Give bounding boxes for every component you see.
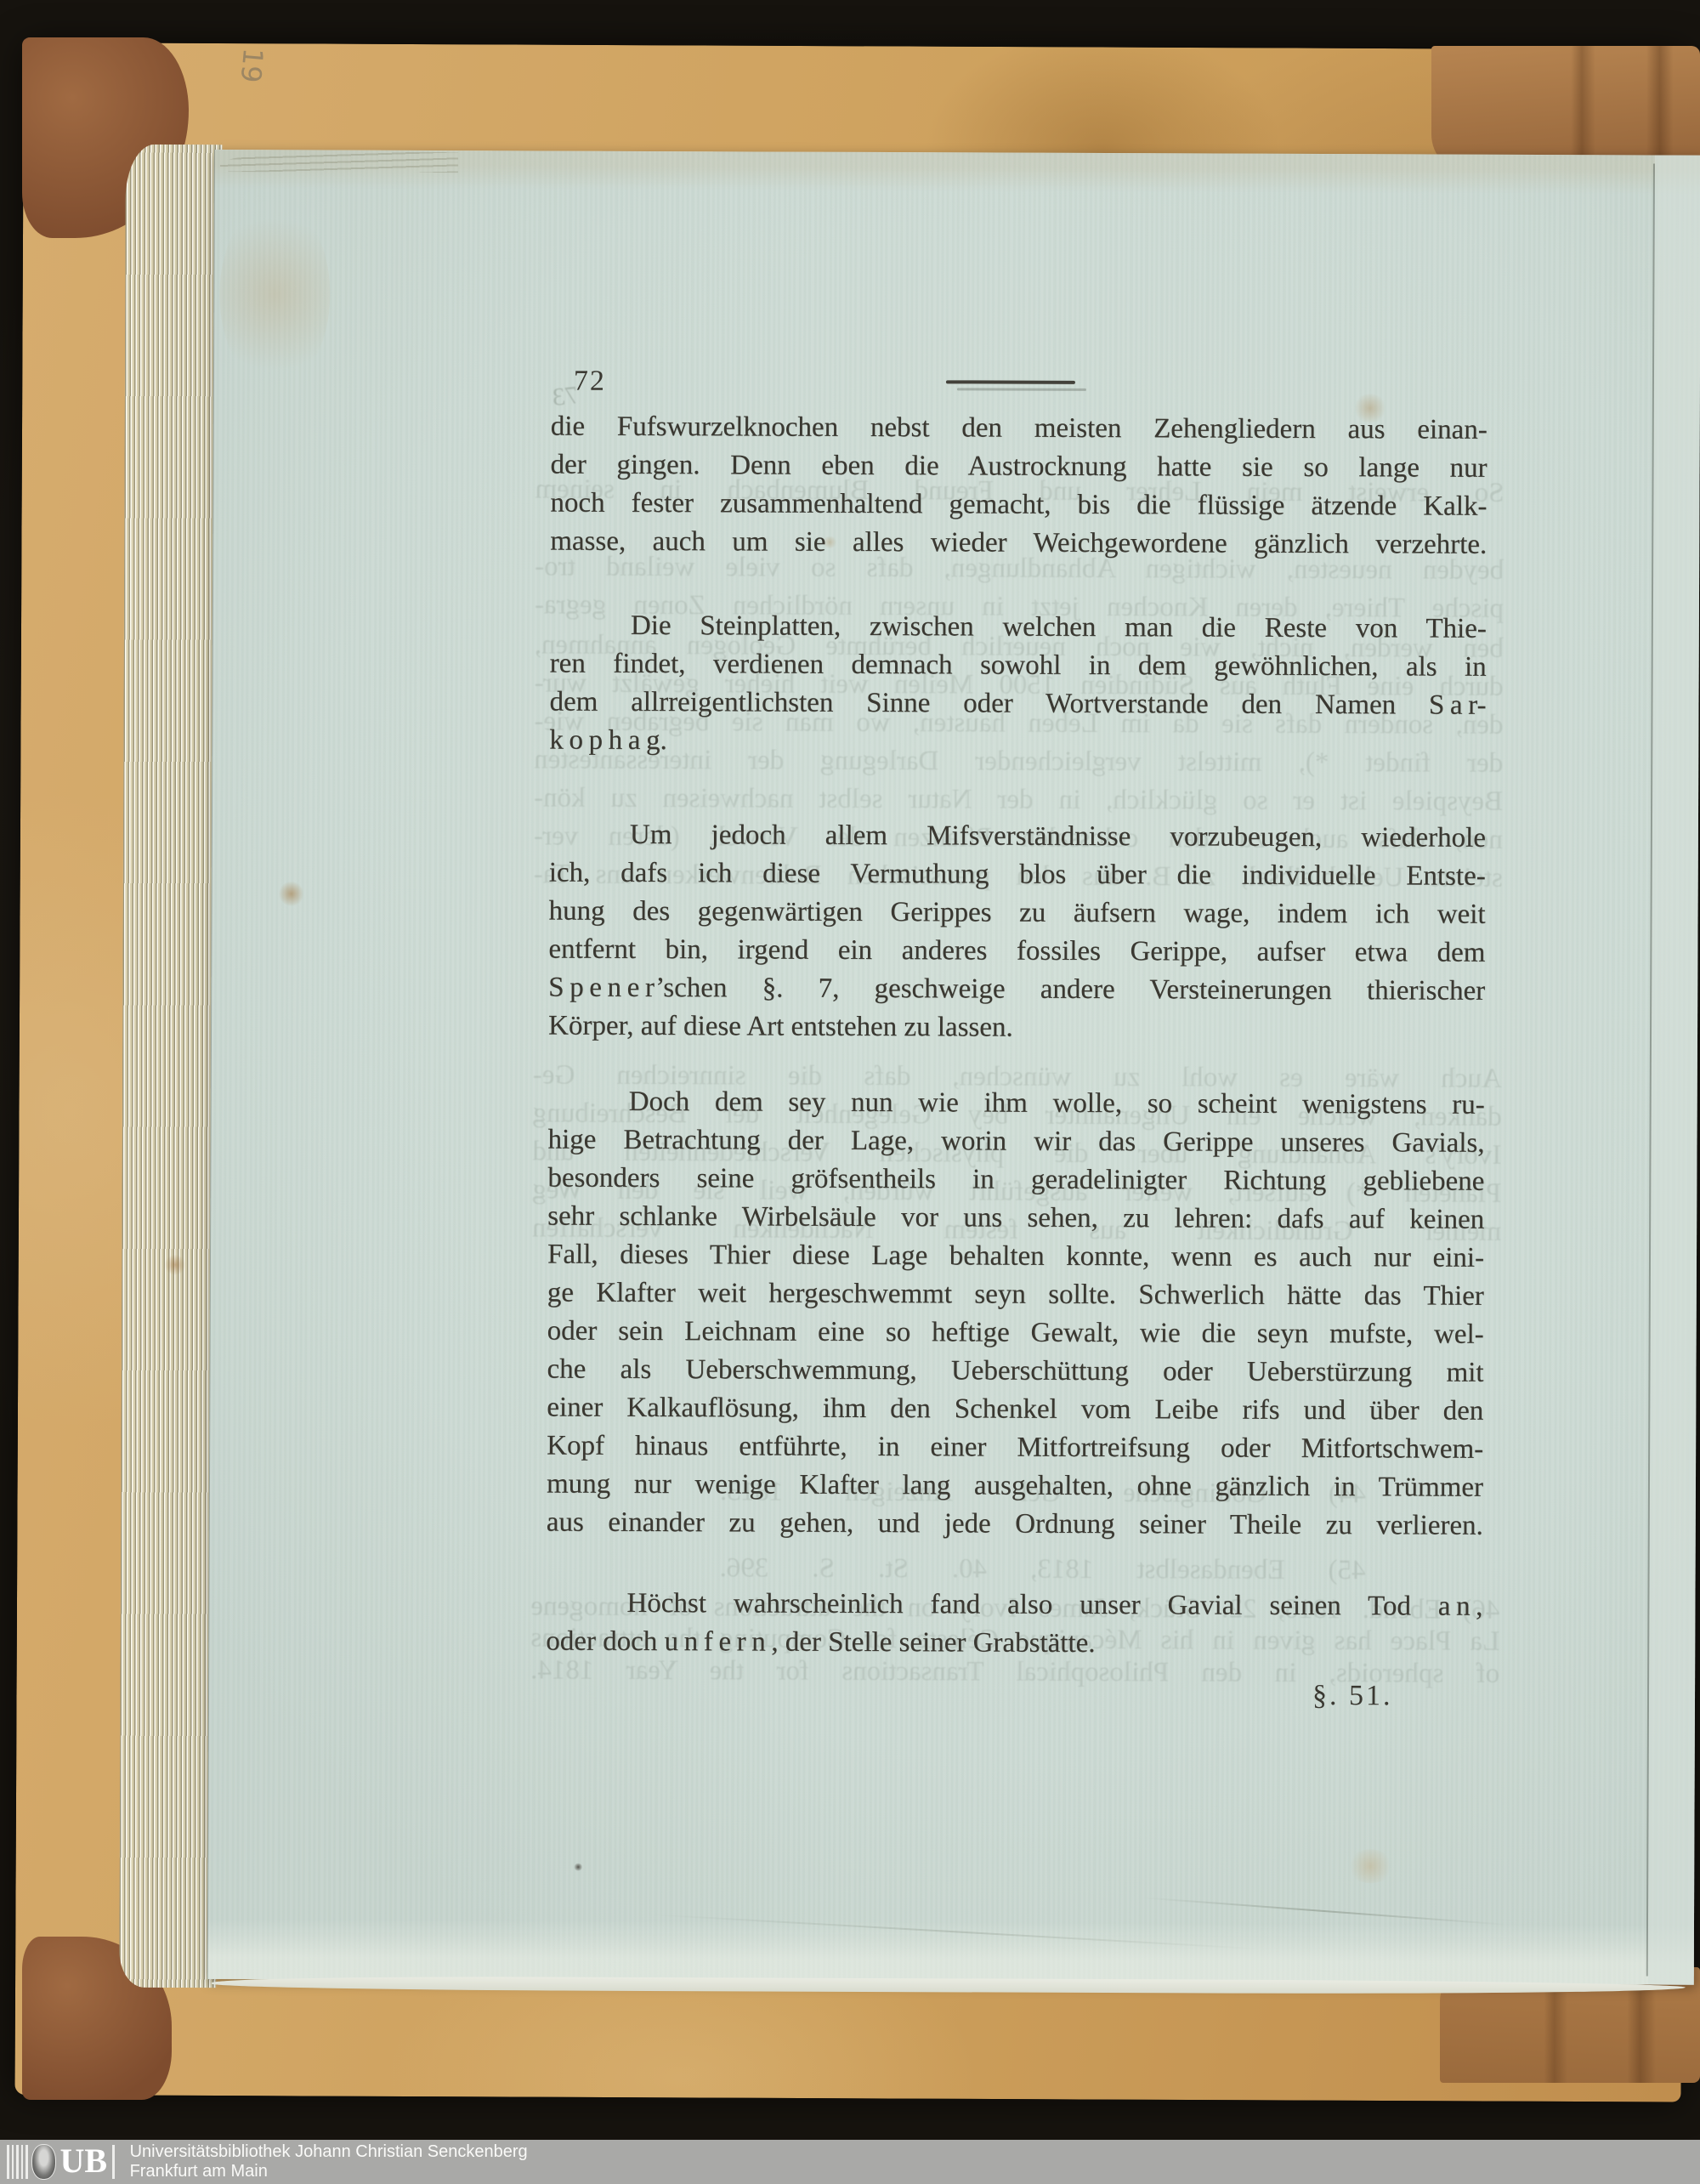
paragraph: Um jedoch allem Mifsverständnisse vorzub… <box>548 816 1486 1049</box>
foxing-spot <box>1347 1849 1393 1883</box>
section-mark: §. 51. <box>1312 1680 1393 1712</box>
library-name-line2: Frankfurt am Main <box>130 2162 528 2181</box>
library-name: Universitätsbibliothek Johann Christian … <box>130 2142 528 2181</box>
library-name-line1: Universitätsbibliothek Johann Christian … <box>130 2142 528 2162</box>
ub-logo-text: UB <box>60 2144 108 2178</box>
paper-crease <box>650 1914 1261 1949</box>
page-edges-stack <box>119 145 223 1988</box>
text-line: besonders seine gröfsentheils in geradel… <box>547 1160 1484 1201</box>
text-line: hige Betrachtung der Lage, worin wir das… <box>547 1121 1484 1163</box>
library-footer-bar: UB Universitätsbibliothek Johann Christi… <box>0 2140 1700 2184</box>
header-rule <box>946 380 1075 384</box>
text-line: ge Klafter weit hergeschwemmt seyn sollt… <box>547 1274 1484 1316</box>
ub-logo-lines-icon <box>7 2145 28 2179</box>
text-line: einer Kalkauflösung, ihm den Schenkel vo… <box>547 1389 1483 1431</box>
ink-speck <box>574 1863 582 1871</box>
senckenberg-portrait-icon <box>32 2145 55 2179</box>
ub-logo: UB <box>7 2143 130 2181</box>
text-line: Körper, auf diese Art entstehen zu lasse… <box>548 1007 1485 1049</box>
paragraph: Höchst wahrscheinlich fand also unser Ga… <box>546 1585 1482 1665</box>
paragraph: die Fufswurzelknochen nebst den meisten … <box>550 408 1487 564</box>
text-line: Um jedoch allem Mifsverständnisse vorzub… <box>549 816 1486 858</box>
foxing-spot <box>279 881 304 906</box>
page-corner-fan <box>220 151 458 173</box>
logo-divider <box>112 2145 115 2179</box>
paragraph: Die Steinplatten, zwischen welchen man d… <box>549 607 1487 763</box>
text-line: Höchst wahrscheinlich fand also unser Ga… <box>546 1585 1482 1626</box>
pencil-mark: 19 <box>235 47 269 84</box>
text-line: oder doch u n f e r n , der Stelle seine… <box>546 1623 1482 1665</box>
text-line: Fall, dieses Thier diese Lage behalten k… <box>547 1236 1484 1278</box>
open-book-page: 72 73 So erweist mein Lehrer und Freund … <box>207 150 1700 1985</box>
text-line: Doch dem sey nun wie ihm wolle, so schei… <box>548 1083 1485 1125</box>
text-block: die Fufswurzelknochen nebst den meisten … <box>546 408 1487 1665</box>
text-line: mung nur wenige Klafter lang ausgehalten… <box>547 1466 1483 1507</box>
paragraph: Doch dem sey nun wie ihm wolle, so schei… <box>547 1083 1485 1546</box>
text-line: noch fester zusammenhaltend gemacht, bis… <box>550 485 1487 526</box>
text-line: che als Ueberschwemmung, Ueberschüttung … <box>547 1351 1483 1393</box>
text-line: S p e n e r’schen §. 7, geschweige ander… <box>548 969 1485 1011</box>
text-line: hung des gegenwärtigen Gerippes zu äufse… <box>548 893 1485 934</box>
text-line: ich, dafs ich diese Vermuthung blos über… <box>549 854 1486 896</box>
text-line: Kopf hinaus entführte, in einer Mitfortr… <box>547 1427 1483 1469</box>
text-line: entfernt bin, irgend ein anderes fossile… <box>548 931 1485 973</box>
text-line: masse, auch um sie alles wieder Weichgew… <box>550 523 1487 564</box>
paper-crease <box>1142 1897 1507 1926</box>
scanned-book-photograph: 19 72 73 So erweist mein Lehrer und Freu… <box>0 0 1700 2184</box>
text-line: ren findet, verdienen demnach sowohl in … <box>550 645 1487 687</box>
text-line: oder sein Leichnam eine so heftige Gewal… <box>547 1313 1484 1354</box>
next-leaf-sliver <box>1648 156 1700 1985</box>
text-line: Die Steinplatten, zwischen welchen man d… <box>550 607 1487 649</box>
text-line: k o p h a g. <box>549 722 1486 763</box>
foxing-spot <box>219 201 331 388</box>
page-number: 72 <box>574 366 606 398</box>
text-line: der gingen. Denn eben die Austrocknung h… <box>550 446 1487 488</box>
text-line: aus einander zu gehen, und jede Ordnung … <box>547 1504 1483 1546</box>
text-line: sehr schlanke Wirbelsäule vor uns sehen,… <box>547 1198 1484 1239</box>
text-line: die Fufswurzelknochen nebst den meisten … <box>551 408 1487 450</box>
text-line: dem allrreigentlichsten Sinne oder Wortv… <box>549 684 1486 725</box>
header-rule-ghost <box>957 388 1086 391</box>
